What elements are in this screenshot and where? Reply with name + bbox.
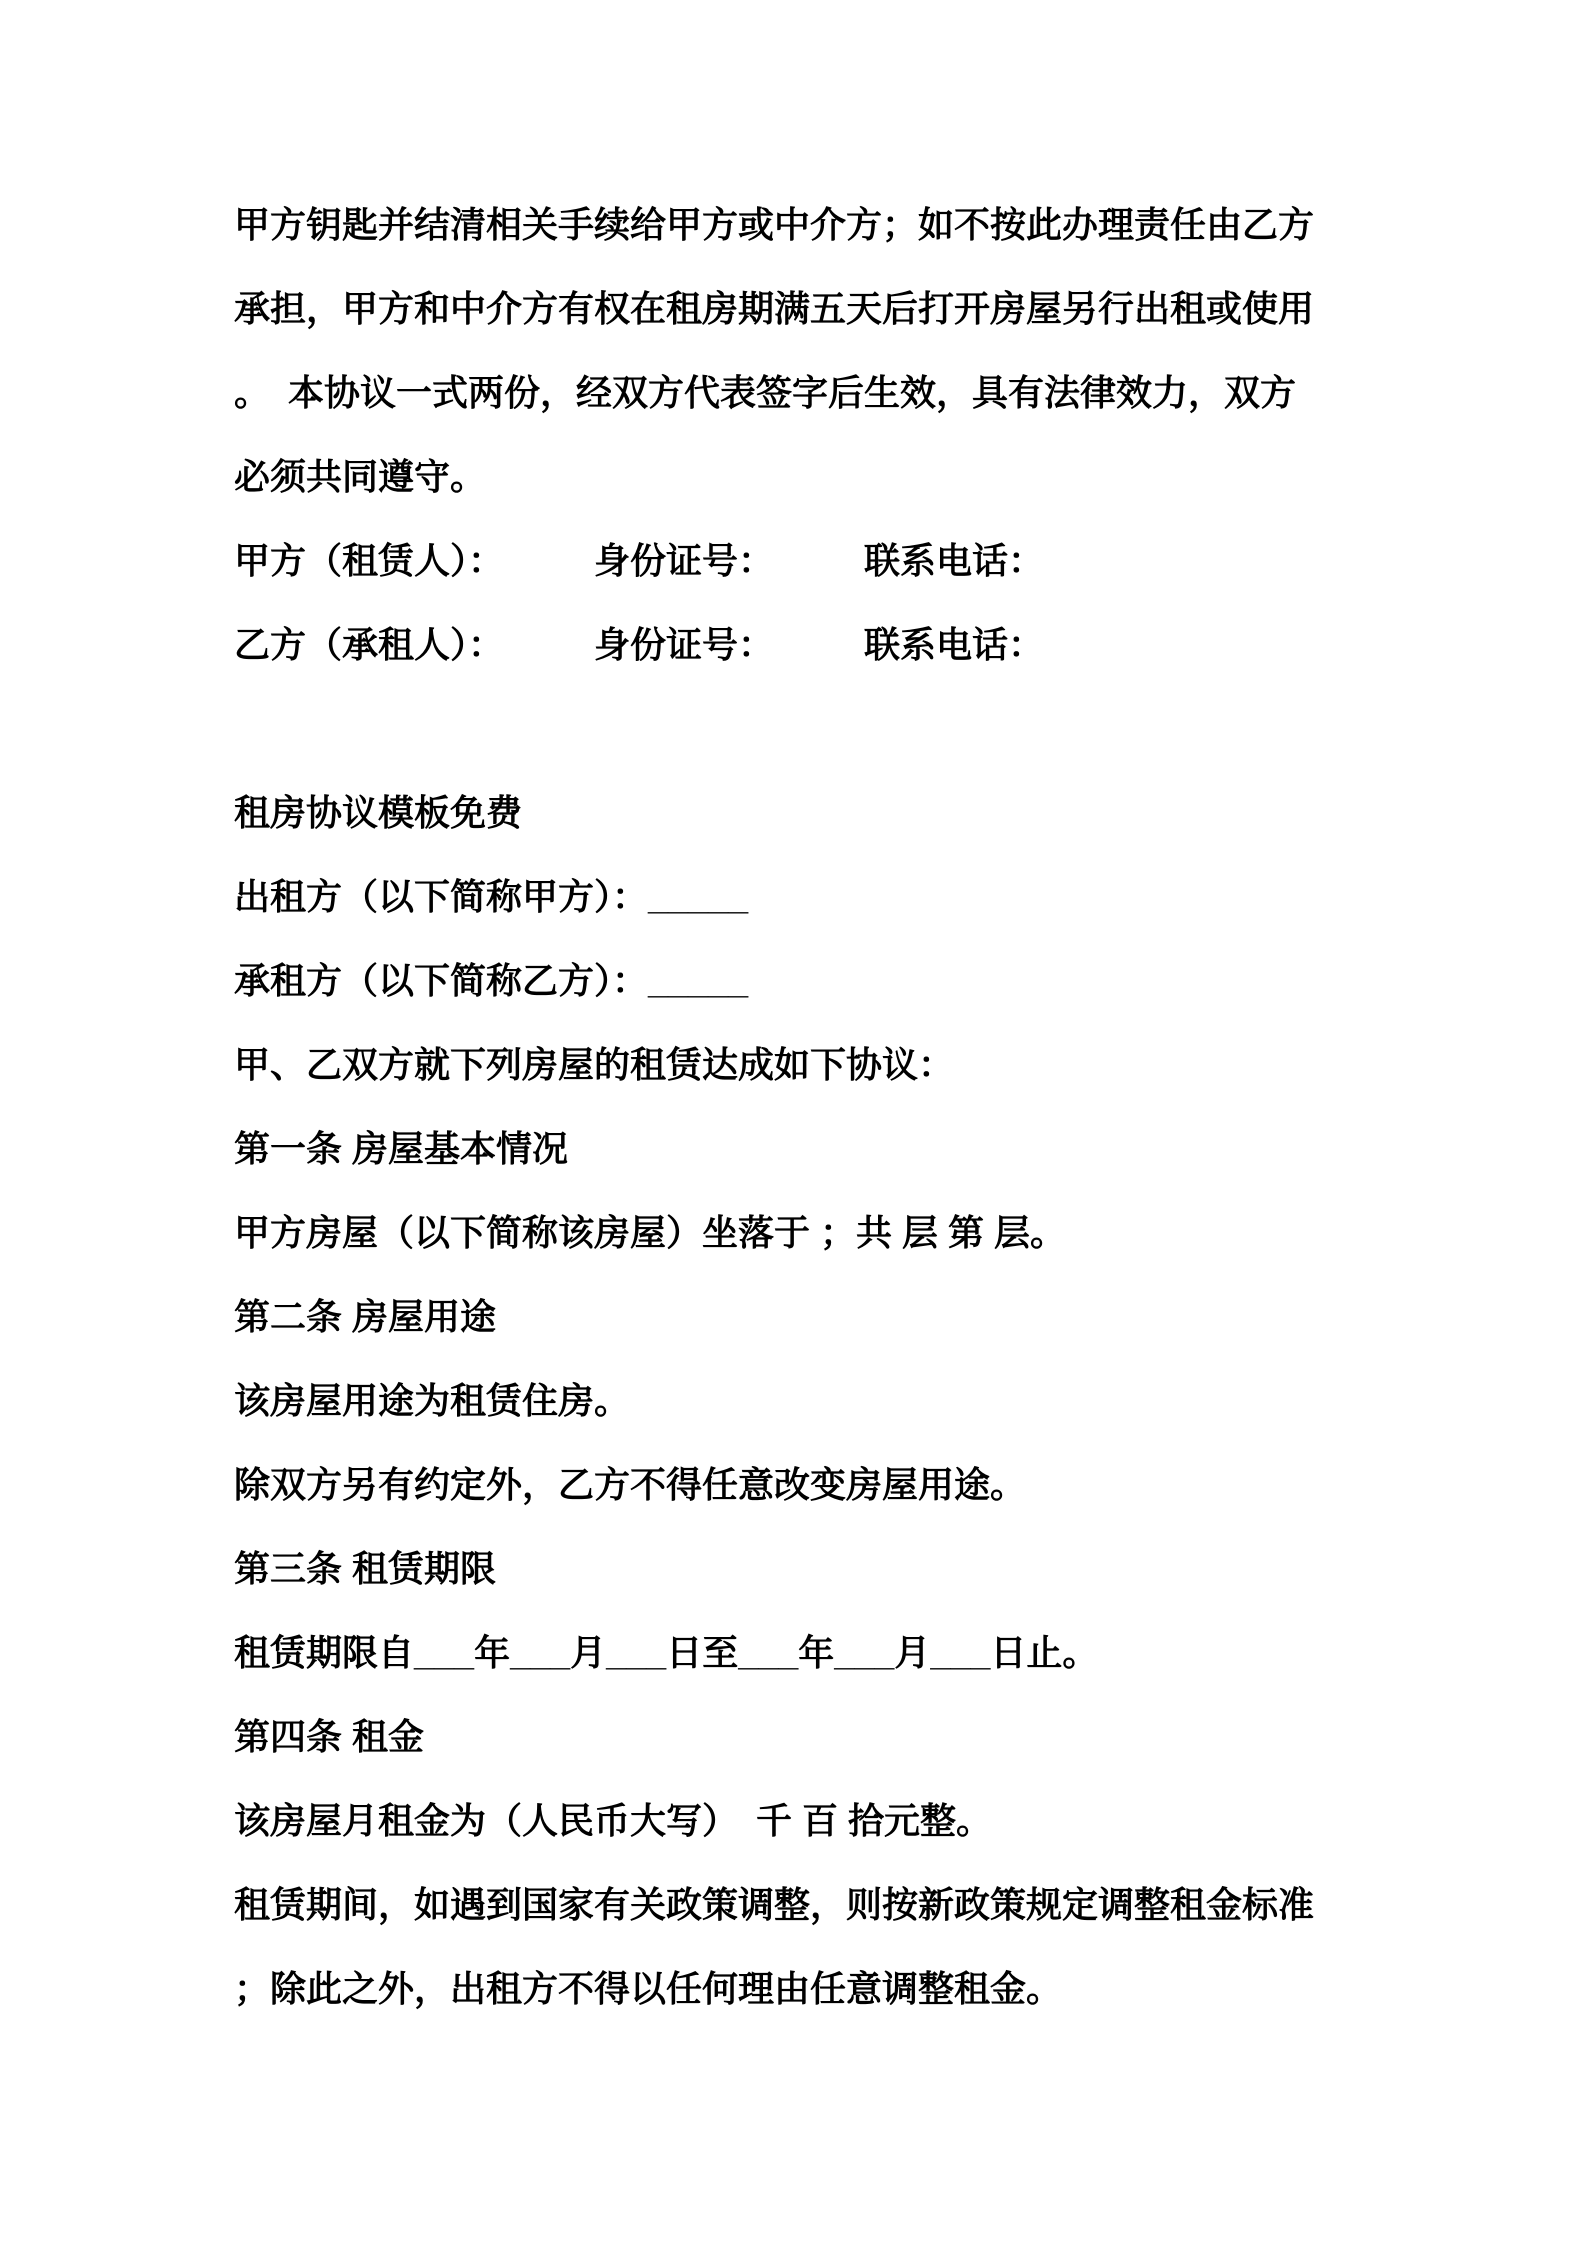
party-b-signature-line: 乙方（承租人）： 身份证号： 联系电话： xyxy=(234,603,1352,687)
article-1-heading: 第一条 房屋基本情况 xyxy=(234,1107,1352,1191)
blank-line xyxy=(234,687,1352,771)
clause-return-keys-line-2: 承担，甲方和中介方有权在租房期满五天后打开房屋另行出租或使用 xyxy=(234,267,1352,351)
article-3-content: 租赁期限自___年___月___日至___年___月___日止。 xyxy=(234,1611,1352,1695)
template-title: 租房协议模板免费 xyxy=(234,771,1352,855)
article-4-content-2-line-1: 租赁期间，如遇到国家有关政策调整，则按新政策规定调整租金标准 xyxy=(234,1863,1352,1947)
article-2-content-1: 该房屋用途为租赁住房。 xyxy=(234,1359,1352,1443)
article-4-heading: 第四条 租金 xyxy=(234,1695,1352,1779)
clause-effectiveness-line-2: 必须共同遵守。 xyxy=(234,435,1352,519)
party-a-signature-line: 甲方（租赁人）： 身份证号： 联系电话： xyxy=(234,519,1352,603)
article-4-content-1: 该房屋月租金为（人民币大写） 千 百 拾元整。 xyxy=(234,1779,1352,1863)
article-4-content-2-line-2: ；除此之外，出租方不得以任何理由任意调整租金。 xyxy=(234,1947,1352,2031)
article-3-heading: 第三条 租赁期限 xyxy=(234,1527,1352,1611)
document-page: 甲方钥匙并结清相关手续给甲方或中介方；如不按此办理责任由乙方 承担，甲方和中介方… xyxy=(0,0,1586,2244)
article-1-content: 甲方房屋（以下简称该房屋）坐落于 ；共 层 第 层。 xyxy=(234,1191,1352,1275)
clause-return-keys-line-1: 甲方钥匙并结清相关手续给甲方或中介方；如不按此办理责任由乙方 xyxy=(234,183,1352,267)
clause-effectiveness-line-1: 。 本协议一式两份，经双方代表签字后生效，具有法律效力，双方 xyxy=(234,351,1352,435)
lessee-blank-line: 承租方（以下简称乙方）：_____ xyxy=(234,939,1352,1023)
article-2-content-2: 除双方另有约定外，乙方不得任意改变房屋用途。 xyxy=(234,1443,1352,1527)
lessor-blank-line: 出租方（以下简称甲方）：_____ xyxy=(234,855,1352,939)
article-2-heading: 第二条 房屋用途 xyxy=(234,1275,1352,1359)
agreement-intro-line: 甲、乙双方就下列房屋的租赁达成如下协议： xyxy=(234,1023,1352,1107)
